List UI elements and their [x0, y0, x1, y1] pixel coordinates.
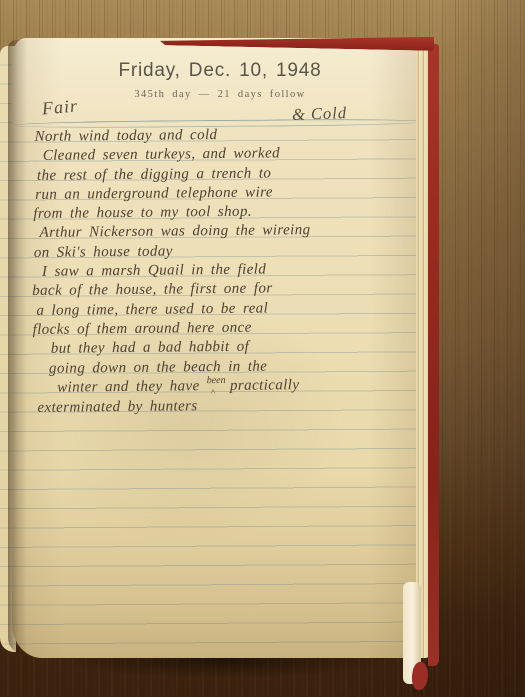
photo-scene: Friday, Dec. 10, 1948 345th day — 21 day… — [0, 0, 525, 697]
insert-caret: ^ — [211, 387, 215, 397]
diary-page: Friday, Dec. 10, 1948 345th day — 21 day… — [12, 38, 428, 658]
page-edge-stack — [416, 42, 428, 658]
weather-note-cold: & Cold — [292, 103, 348, 125]
entry-line: exterminated by hunters — [37, 395, 423, 418]
diary-book: Friday, Dec. 10, 1948 345th day — 21 day… — [0, 34, 442, 666]
weather-note-fair: Fair — [41, 95, 79, 119]
red-cover-right-edge — [428, 44, 439, 666]
handwritten-entry: North wind today and coldCleaned seven t… — [16, 124, 423, 419]
inserted-word: been — [207, 375, 226, 386]
printed-date-heading: Friday, Dec. 10, 1948 — [12, 60, 428, 82]
